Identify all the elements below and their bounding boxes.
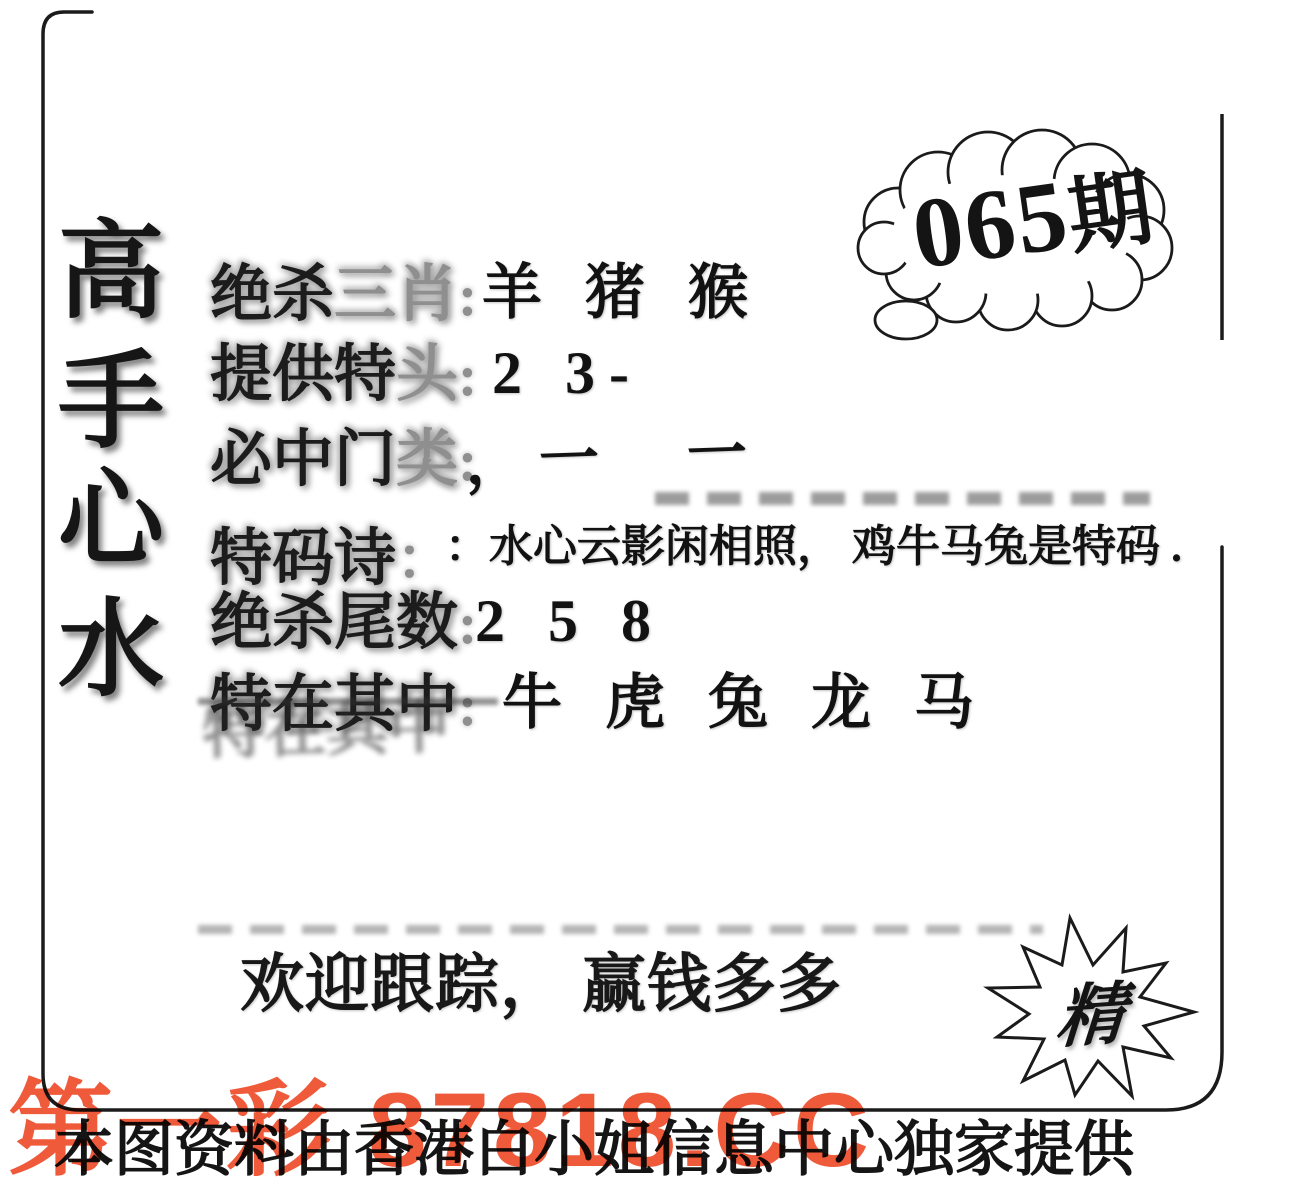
title-char: 心 bbox=[56, 468, 166, 574]
tip-row-special-head: 提供特头: 2 3- bbox=[210, 342, 1260, 414]
tip-sheet-page: 高 手 心 水 065期 绝杀三肖: 羊 猪 猴 提供特头: 2 3- 必中门类… bbox=[0, 0, 1300, 1201]
title-char: 高 bbox=[56, 220, 166, 326]
stamp-text: 精 bbox=[1042, 959, 1139, 1062]
row-separator: : bbox=[458, 263, 477, 328]
row-label: 特码诗 bbox=[210, 525, 396, 593]
smudge-streak bbox=[198, 698, 498, 705]
row-separator: : bbox=[458, 673, 477, 738]
tip-row-kill-three-zodiac: 绝杀三肖: 羊 猪 猴 bbox=[210, 262, 1260, 334]
row-label: 绝杀尾 bbox=[210, 589, 396, 657]
tip-row-special-poem: 特码诗： ：水心云影闲相照， 鸡牛马兔是特码 . bbox=[210, 512, 1260, 584]
row-label: 数 bbox=[396, 589, 458, 657]
row-label-smudge: 特在其中 bbox=[201, 681, 451, 769]
tip-row-sure-category: 必中门类: ，一 一 bbox=[210, 427, 1260, 499]
row-value-poem: ：水心云影闲相照， 鸡牛马兔是特码 . bbox=[445, 524, 1182, 570]
tip-row-special-within: 特在其中 特在其中: 牛 虎 兔 龙 马 bbox=[210, 672, 1260, 744]
row-value: 2 5 8 bbox=[475, 590, 665, 653]
row-label: 绝杀 bbox=[210, 261, 334, 329]
row-label: 必中门 bbox=[210, 426, 396, 494]
row-label: 提供特 bbox=[210, 341, 396, 409]
title-char: 手 bbox=[56, 350, 166, 456]
row-separator: : bbox=[458, 343, 477, 408]
poem-smudge bbox=[655, 492, 1150, 505]
row-value: ，一 一 bbox=[464, 422, 762, 495]
red-watermark: 第一彩 87818.CC bbox=[8, 1078, 873, 1183]
row-value: 牛 虎 兔 龙 马 bbox=[502, 672, 988, 735]
row-label-gray: 类 bbox=[396, 426, 458, 494]
issue-unit: 期 bbox=[1062, 162, 1158, 266]
row-label-gray: 三肖 bbox=[334, 261, 458, 329]
tip-row-kill-tails: 绝杀尾数: 2 5 8 bbox=[210, 590, 1260, 662]
title-char: 水 bbox=[56, 598, 166, 704]
slogan-text: 欢迎跟踪， 赢钱多多 bbox=[240, 933, 842, 1025]
row-value: 2 3- bbox=[492, 342, 643, 405]
row-label-gray: 头 bbox=[396, 341, 458, 409]
row-value: 羊 猪 猴 bbox=[482, 262, 762, 325]
